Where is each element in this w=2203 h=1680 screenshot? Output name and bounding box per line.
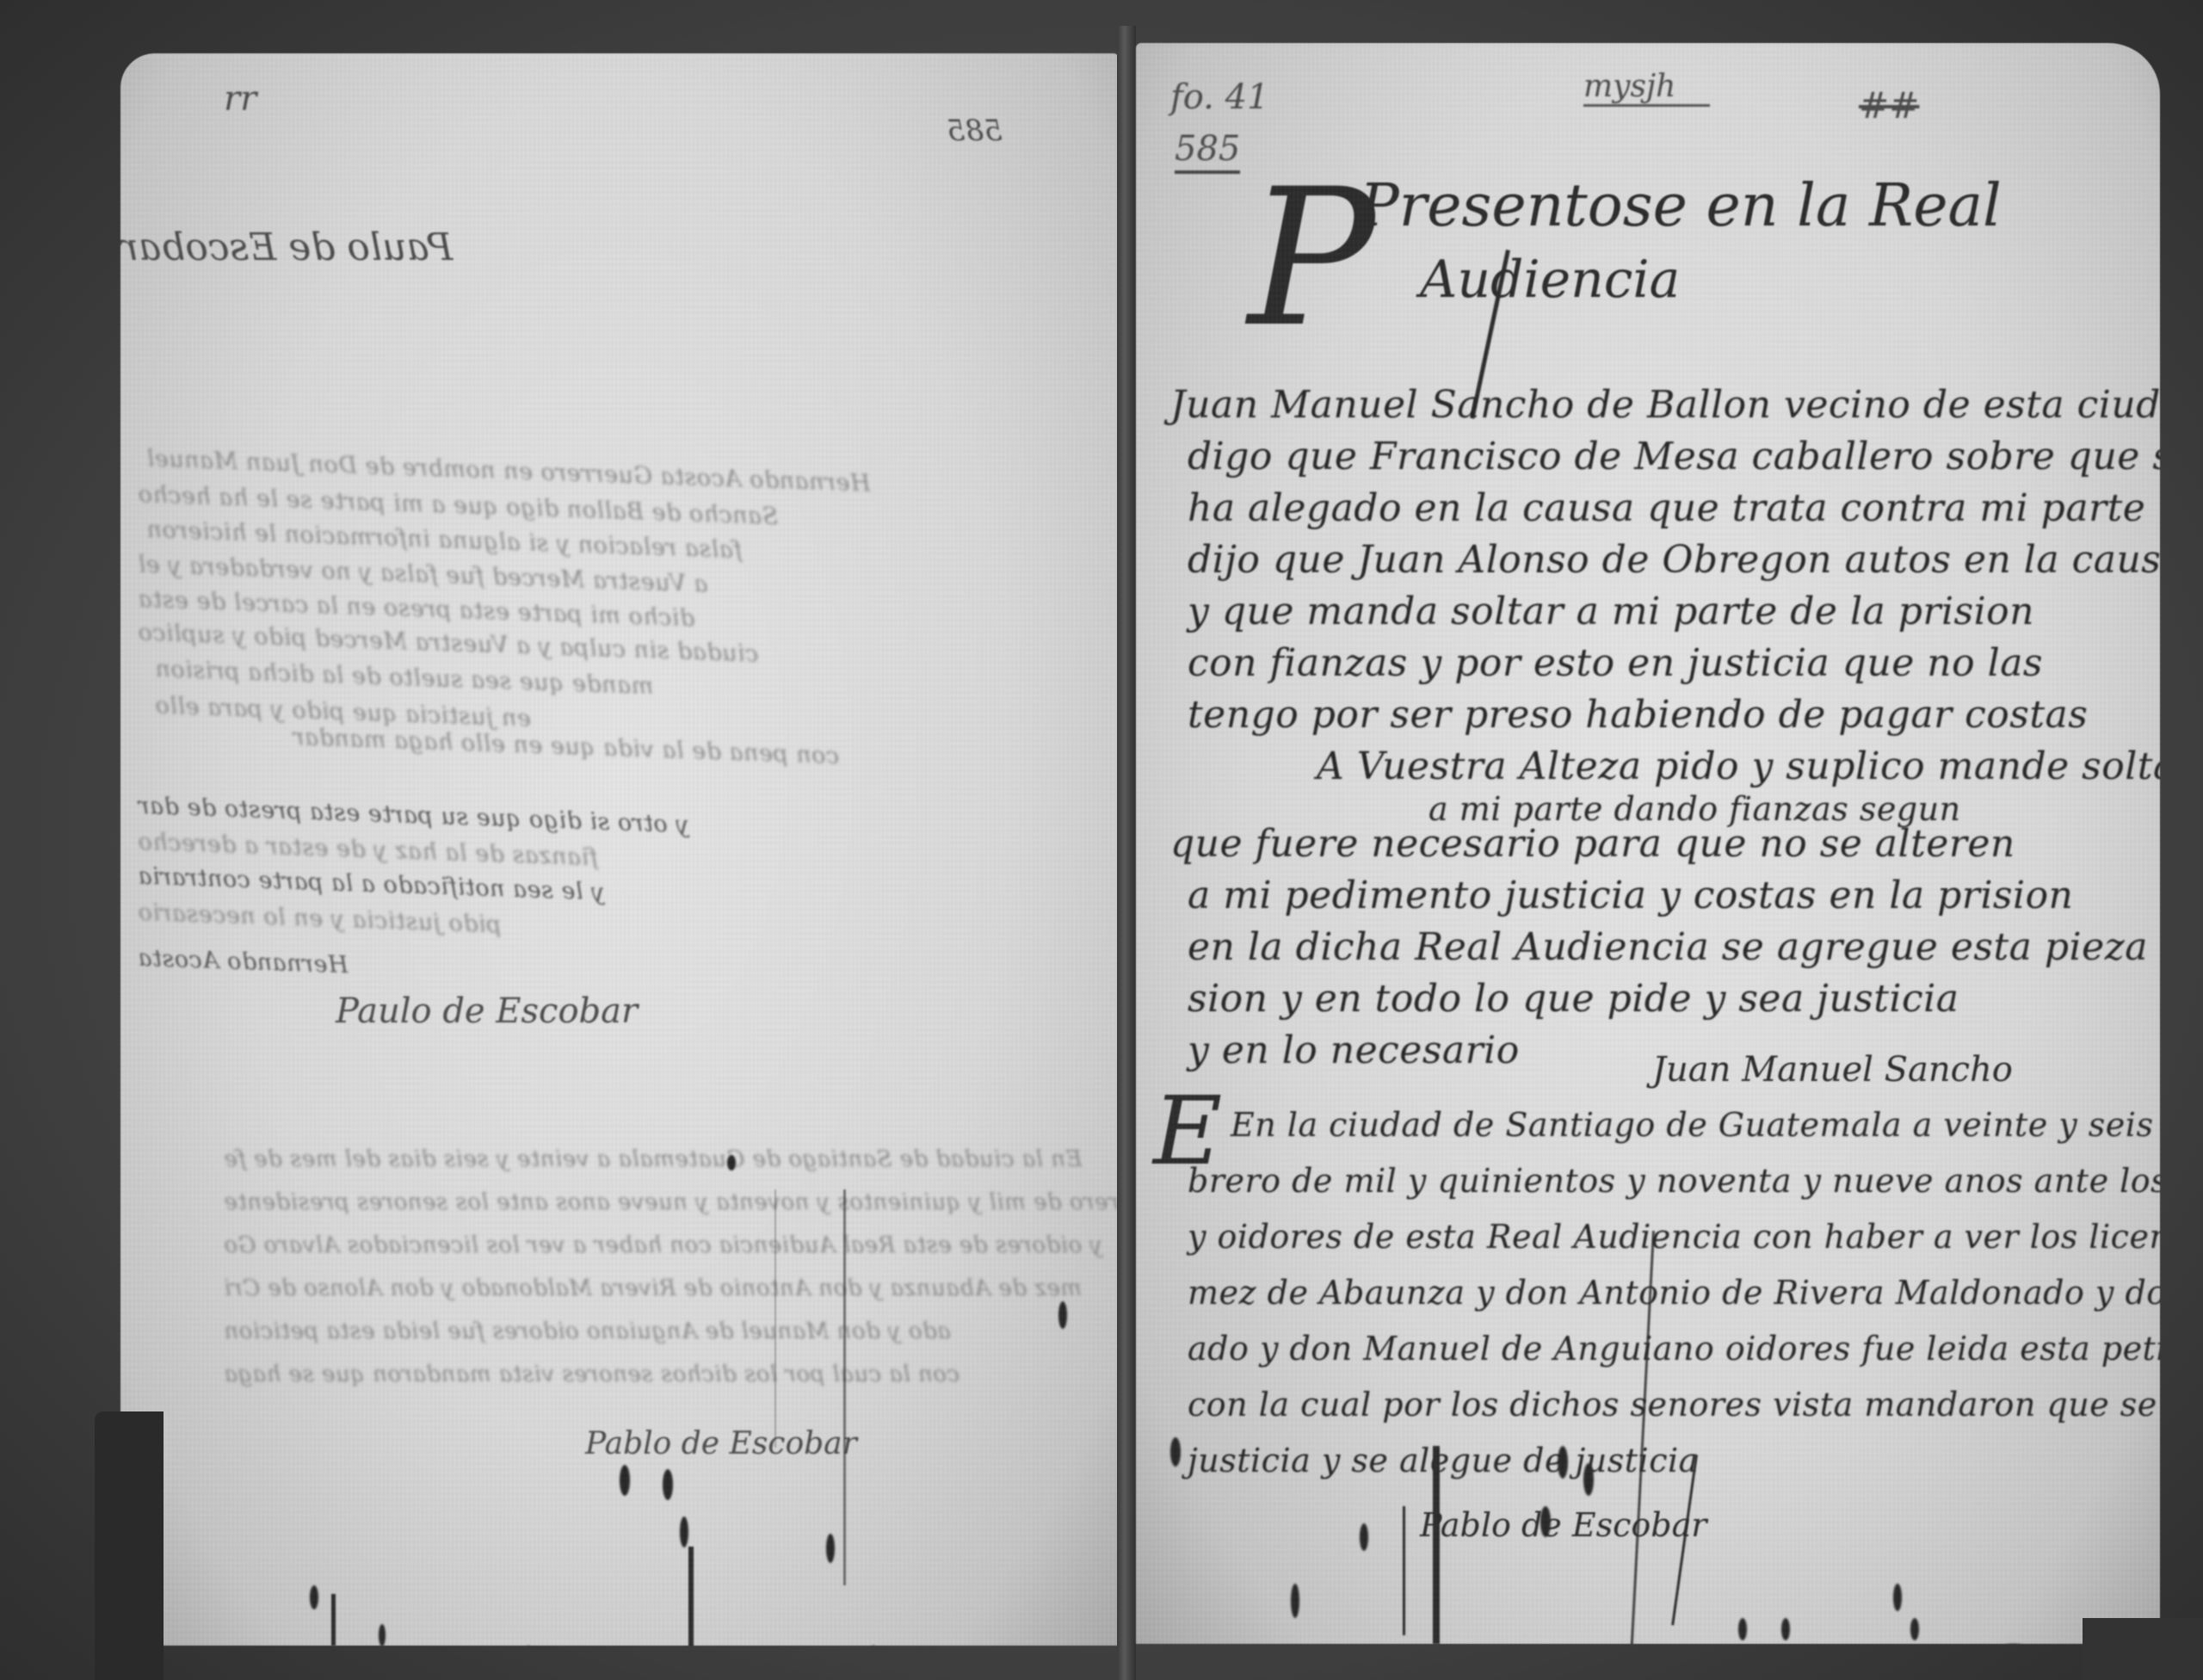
left-bottom-signature: Pablo de Escobar — [585, 1426, 857, 1461]
text-line: en la dicha Real Audiencia se agregue es… — [1188, 925, 2148, 969]
text-line: A Vuestra Alteza pido y suplico mande so… — [1317, 744, 2160, 788]
text-line: mande que sea suelto de la dicha prision — [155, 656, 654, 700]
right-page: fo. 41 585 mysjh ## P Presentose en la R… — [1136, 43, 2160, 1644]
heading-initial: P — [1248, 164, 1375, 353]
ink-drip-stroke — [1403, 1506, 1405, 1635]
left-signature: Paulo de Escobar — [336, 991, 638, 1031]
left-page: rr 585 Paulo de Escobar Hernando Acosta … — [120, 53, 1119, 1646]
petition-signature: Juan Manuel Sancho — [1652, 1050, 2013, 1090]
text-line: que fuere necesario para que no se alter… — [1170, 822, 2015, 866]
text-line: sion y en todo lo que pide y sea justici… — [1188, 977, 1959, 1021]
text-line: mez de Abaunza y don Antonio de Rivera M… — [1188, 1274, 2160, 1312]
vertical-rule — [774, 1189, 776, 1448]
ink-speck — [727, 1155, 736, 1170]
text-line: Hernando Acosta — [138, 945, 349, 979]
vertical-rule — [843, 1189, 846, 1585]
bleed-line: brero de mil y quinientos y noventa y nu… — [224, 1189, 1119, 1215]
heading-line-1: Presentose en la Real — [1360, 172, 2002, 240]
text-line: digo que Francisco de Mesa caballero sob… — [1188, 435, 2160, 479]
text-line: y en lo necesario — [1188, 1028, 1520, 1072]
left-top-number: 585 — [947, 114, 1003, 148]
decree-signature: Pablo de Escobar — [1420, 1506, 1706, 1544]
heading-line-2: Audiencia — [1420, 250, 1680, 310]
ink-speck — [379, 1624, 386, 1646]
ink-speck — [1893, 1584, 1902, 1611]
top-mark: ## — [1859, 84, 1919, 127]
left-binding-shadow — [95, 1411, 164, 1680]
text-line: ha alegado en la causa que trata contra … — [1188, 486, 2145, 530]
text-line: con pena de la vida que en ello haga man… — [293, 724, 840, 769]
bleed-line: En la ciudad de Santiago de Guatemala a … — [224, 1146, 1083, 1172]
text-line: En la ciudad de Santiago de Guatemala a … — [1231, 1106, 2160, 1144]
ink-drip-stroke — [688, 1547, 694, 1646]
book-spine — [1117, 26, 1136, 1680]
text-line: dijo que Juan Alonso de Obregon autos en… — [1188, 538, 2160, 582]
ink-speck — [1058, 1301, 1067, 1329]
ink-speck — [680, 1516, 688, 1547]
ink-speck — [1910, 1618, 1919, 1640]
bleed-line: mez de Abaunza y don Antonio de Rivera M… — [224, 1275, 1082, 1301]
ink-speck — [1558, 1446, 1568, 1479]
text-line: brero de mil y quinientos y noventa y nu… — [1188, 1162, 2160, 1200]
text-line: a mi pedimento justicia y costas en la p… — [1188, 874, 2073, 917]
text-line: con la cual por los dichos senores vista… — [1188, 1386, 2160, 1424]
ink-speck — [1360, 1523, 1368, 1551]
text-line: y le sea notificado a la parte contraria — [138, 863, 605, 906]
ink-speck — [620, 1465, 630, 1496]
text-line: Juan Manuel Sancho de Ballon vecino de e… — [1170, 383, 2160, 427]
ink-drip-stroke — [1433, 1446, 1440, 1644]
text-line: pido justicia y en lo necesario — [138, 899, 502, 939]
ink-speck — [826, 1534, 835, 1563]
text-line: y oidores de esta Real Audiencia con hab… — [1188, 1218, 2160, 1256]
folio-number: fo. 41 — [1170, 77, 1269, 117]
ink-speck — [1781, 1618, 1790, 1640]
text-line: ado y don Manuel de Anguiano oidores fue… — [1188, 1330, 2160, 1368]
page-number: 585 — [1175, 129, 1240, 174]
ink-speck — [1540, 1506, 1551, 1537]
ink-speck — [1170, 1437, 1181, 1467]
left-top-scribble: rr — [224, 79, 256, 119]
scanner-corner-shadow — [2083, 1618, 2203, 1680]
bleed-line: ado y don Manuel de Anguiano oidores fue… — [224, 1319, 951, 1344]
text-line: tengo por ser preso habiendo de pagar co… — [1188, 693, 2088, 737]
ink-speck — [663, 1469, 673, 1500]
text-line: justicia y se alegue de justicia — [1188, 1442, 1699, 1479]
ink-speck — [1583, 1463, 1594, 1496]
bleed-line: con la cual por los dichos senores vista… — [224, 1362, 960, 1387]
ink-speck — [1738, 1618, 1747, 1640]
rubric: mysjh — [1583, 69, 1710, 107]
ink-speck — [1291, 1584, 1299, 1618]
left-bleed-heading: Paulo de Escobar — [120, 225, 453, 269]
text-line: con fianzas y por esto en justicia que n… — [1188, 641, 2043, 685]
ink-drip-stroke — [331, 1594, 336, 1646]
bleed-line: y oidores de esta Real Audiencia con hab… — [224, 1232, 1102, 1258]
ink-speck — [310, 1585, 318, 1609]
text-line: y que manda soltar a mi parte de la pris… — [1188, 590, 2034, 633]
